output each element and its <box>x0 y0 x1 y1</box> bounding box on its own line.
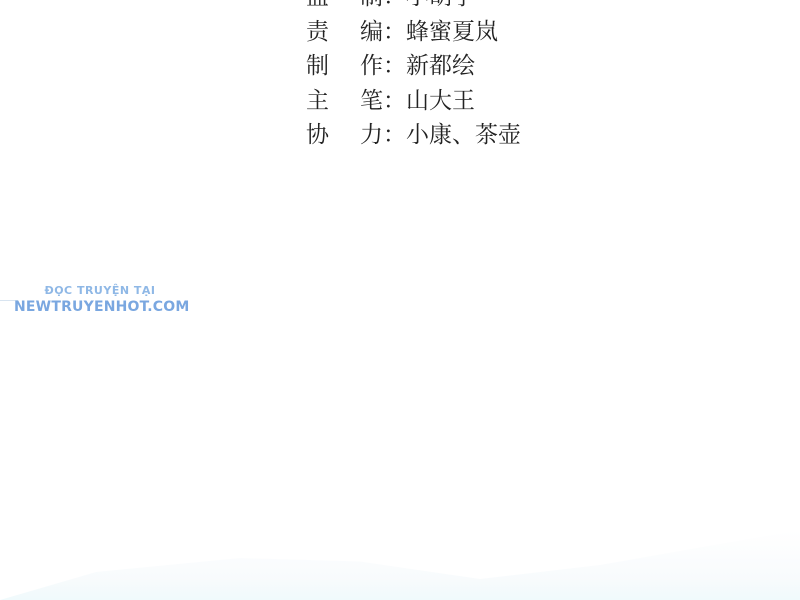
credit-row-production: 制 作： 新都绘 <box>306 49 521 84</box>
watermark-line1: ĐỌC TRUYỆN TẠI <box>14 284 186 298</box>
watermark-line2: NEWTRUYENHOT.COM <box>14 298 190 316</box>
credit-role: 主 笔： <box>306 84 406 119</box>
credit-row-editor: 责 编： 蜂蜜夏岚 <box>306 15 521 50</box>
credit-name: 山大王 <box>406 84 475 119</box>
credit-name: 新都绘 <box>406 49 475 84</box>
credit-role: 制 作： <box>306 49 406 84</box>
credit-role: 监 制： <box>306 0 406 15</box>
credit-row-supervisor: 监 制： 小胡子 <box>306 0 521 15</box>
credit-role: 责 编： <box>306 15 406 50</box>
watermark: ĐỌC TRUYỆN TẠI NEWTRUYENHOT.COM <box>14 284 190 316</box>
credits-block: 监 制： 小胡子 责 编： 蜂蜜夏岚 制 作： 新都绘 主 笔： 山大王 <box>306 0 521 153</box>
credit-row-lead-artist: 主 笔： 山大王 <box>306 84 521 119</box>
comic-credits-page: 监 制： 小胡子 责 编： 蜂蜜夏岚 制 作： 新都绘 主 笔： 山大王 <box>0 0 800 600</box>
credit-name: 小康、茶壶 <box>406 118 521 153</box>
bottom-gradient-decoration <box>0 530 800 600</box>
credit-name: 蜂蜜夏岚 <box>406 15 498 50</box>
credit-row-assistants: 协 力： 小康、茶壶 <box>306 118 521 153</box>
credit-name: 小胡子 <box>406 0 475 15</box>
credit-role: 协 力： <box>306 118 406 153</box>
